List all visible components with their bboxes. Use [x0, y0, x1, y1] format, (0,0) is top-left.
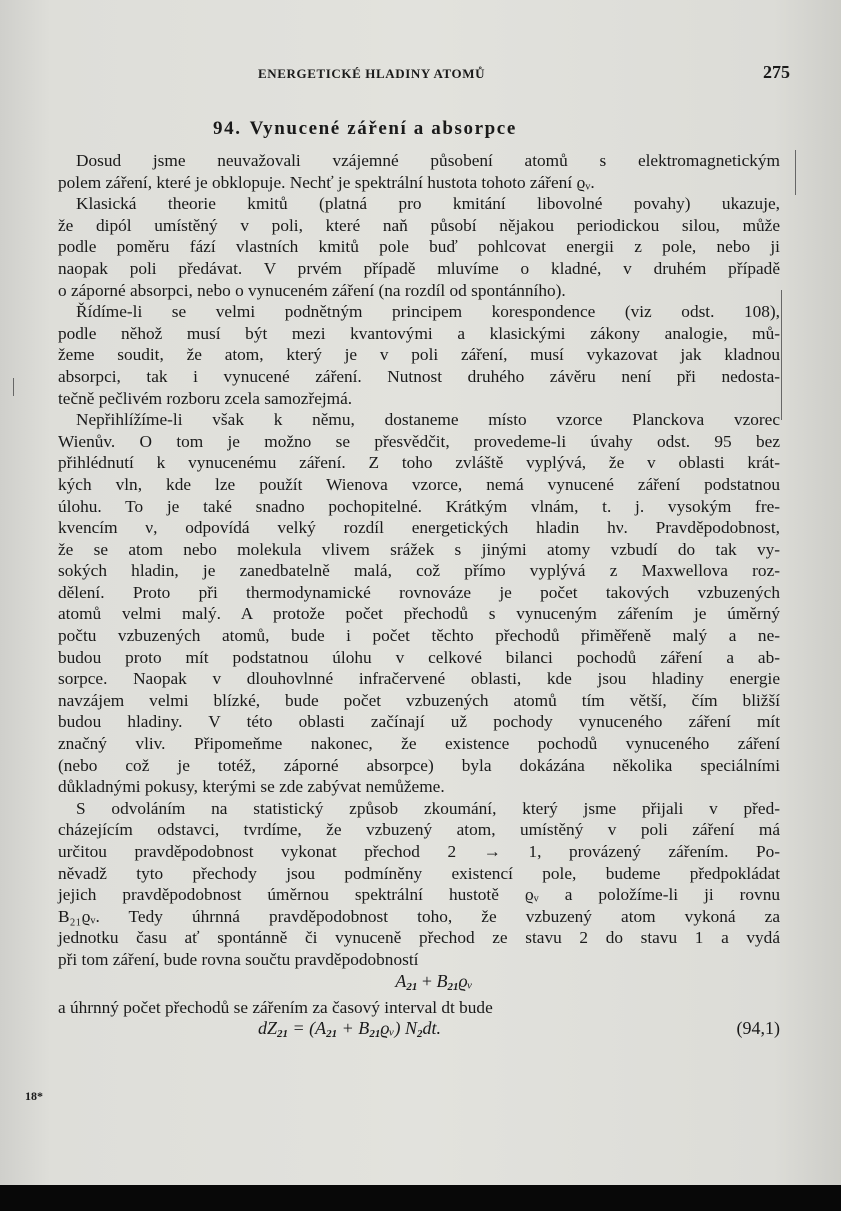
text-line: při tom záření, bude rovna součtu pravdě… [58, 949, 780, 971]
eq-part: ϱᵥ) N [380, 1018, 417, 1038]
body-text: Dosud jsme neuvažovali vzájemné působení… [58, 150, 780, 1044]
eq-part: + B [337, 1018, 369, 1038]
text-line: Wienův. O tom je možno se přesvědčit, pr… [58, 431, 780, 453]
text-line: podle něhož musí být mezi kvantovými a k… [58, 323, 780, 345]
text-line: naopak poli předávat. V prvém případě ml… [58, 258, 780, 280]
text-line: jednotku času ať spontánně či vynuceně p… [58, 927, 780, 949]
text-line: navzájem velmi blízké, bude počet vzbuze… [58, 690, 780, 712]
eq-subscript: 21 [406, 981, 417, 993]
section-number: 94. [213, 118, 242, 139]
margin-pencil-mark [795, 150, 796, 195]
text-line: absorpci, tak i vynucené záření. Nutnost… [58, 366, 780, 388]
margin-pencil-mark [13, 378, 14, 396]
text-line: budou proto mít podstatnou úlohu v celko… [58, 647, 780, 669]
equation-expression: dZ21 = (A21 + B21ϱᵥ) N2dt. [258, 1018, 441, 1046]
text-line: budou hladiny. V této oblasti začínají u… [58, 711, 780, 733]
text-line: něvadž tyto přechody jsou podmíněny exis… [58, 863, 780, 885]
text-line: přihlédnutí k vynucenému záření. Z toho … [58, 452, 780, 474]
text-line: kých vln, kde lze použít Wienova vzorce,… [58, 474, 780, 496]
text-line: atomů velmi malý. A protože počet přecho… [58, 603, 780, 625]
text-line: Řídíme-li se velmi podnětným principem k… [58, 301, 780, 323]
text-line: žeme soudit, že atom, který je v poli zá… [58, 344, 780, 366]
section-heading: 94.Vynucené záření a absorpce [213, 118, 517, 140]
page-number: 275 [763, 62, 790, 83]
eq-subscript: 21 [447, 981, 458, 993]
book-page: ENERGETICKÉ HLADINY ATOMŮ 275 94.Vynucen… [0, 0, 841, 1185]
text-line: a úhrnný počet přechodů se zářením za ča… [58, 997, 780, 1019]
text-line: jejich pravděpodobnost úměrnou spektráln… [58, 884, 780, 906]
margin-pencil-mark [781, 290, 782, 420]
text-line: S odvoláním na statistický způsob zkoumá… [58, 798, 780, 820]
equation-94-1: dZ21 = (A21 + B21ϱᵥ) N2dt. (94,1) [58, 1018, 780, 1044]
eq-operator: + [417, 971, 436, 991]
text-line: úlohu. To je také snadno pochopitelné. K… [58, 496, 780, 518]
running-head: ENERGETICKÉ HLADINY ATOMŮ 275 [258, 66, 790, 86]
eq-symbol-a: A [395, 971, 406, 991]
eq-subscript: 21 [369, 1028, 380, 1040]
text-line: sokých hladin, je zanedbatelně malá, což… [58, 560, 780, 582]
text-line: (nebo což je totéž, záporné absorpce) by… [58, 755, 780, 777]
text-line: Klasická theorie kmitů (platná pro kmitá… [58, 193, 780, 215]
text-line: že dipól umístěný v poli, které naň půso… [58, 215, 780, 237]
text-line: o záporné absorpci, nebo o vynuceném zář… [58, 280, 780, 302]
running-title: ENERGETICKÉ HLADINY ATOMŮ [258, 66, 485, 82]
section-title: Vynucené záření a absorpce [250, 118, 517, 139]
text-line: dělení. Proto při thermodynamické rovnov… [58, 582, 780, 604]
text-line: polem záření, které je obklopuje. Nechť … [58, 172, 780, 194]
text-line: cházejícím odstavci, tvrdíme, že vzbuzen… [58, 819, 780, 841]
equation-probability-sum: A21 + B21ϱᵥ [58, 971, 780, 997]
text-line: důkladnými pokusy, kterými se zde zabýva… [58, 776, 780, 798]
text-line: sorpce. Naopak v dlouhovlnné infračerven… [58, 668, 780, 690]
text-line: Nepřihlížíme-li však k němu, dostaneme m… [58, 409, 780, 431]
text-line: podle poměru fází vlastních kmitů pole b… [58, 236, 780, 258]
text-line: že se atom nebo molekula vlivem srážek s… [58, 539, 780, 561]
text-line: tečně pečlivém rozboru zcela samozřejmá. [58, 388, 780, 410]
eq-subscript: 21 [326, 1028, 337, 1040]
text-line: určitou pravděpodobnost vykonat přechod … [58, 841, 780, 863]
eq-symbol-rho: ϱᵥ [458, 971, 472, 991]
eq-subscript: 21 [277, 1028, 288, 1040]
eq-part: dt. [422, 1018, 441, 1038]
eq-part: = (A [288, 1018, 326, 1038]
signature-mark: 18* [25, 1089, 43, 1104]
equation-number: (94,1) [737, 1018, 781, 1040]
text-line: kvencím ν, odpovídá velký rozdíl energet… [58, 517, 780, 539]
text-line: počtu vzbuzených atomů, bude i počet těc… [58, 625, 780, 647]
scan-bottom-edge [0, 1185, 841, 1211]
eq-lhs: dZ [258, 1018, 277, 1038]
text-line: Dosud jsme neuvažovali vzájemné působení… [58, 150, 780, 172]
text-line: značný vliv. Připomeňme nakonec, že exis… [58, 733, 780, 755]
eq-symbol-b: B [436, 971, 447, 991]
text-line: B₂₁ϱᵥ. Tedy úhrnná pravděpodobnost toho,… [58, 906, 780, 928]
